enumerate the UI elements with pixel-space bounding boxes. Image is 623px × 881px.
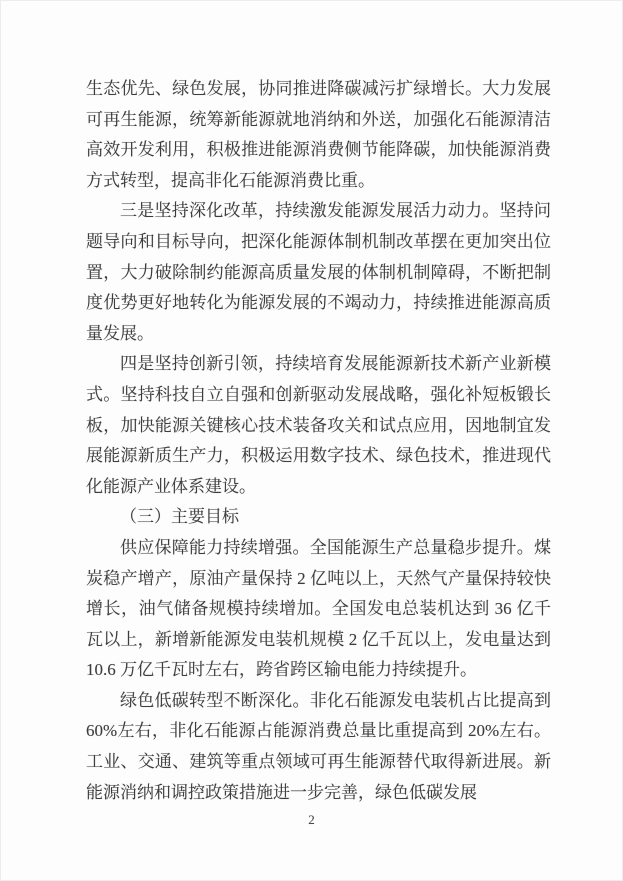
document-body: 生态优先、绿色发展，协同推进降碳减污扩绿增长。大力发展可再生能源，统筹新能源就地…: [86, 74, 551, 808]
document-page: 生态优先、绿色发展，协同推进降碳减污扩绿增长。大力发展可再生能源，统筹新能源就地…: [0, 0, 623, 881]
page-number: 2: [0, 812, 623, 828]
paragraph: 供应保障能力持续增强。全国能源生产总量稳步提升。煤炭稳产增产，原油产量保持 2 …: [86, 533, 551, 686]
paragraph: 四是坚持创新引领，持续培育发展能源新技术新产业新模式。坚持科技自立自强和创新驱动…: [86, 349, 551, 502]
paragraph: 三是坚持深化改革，持续激发能源发展活力动力。坚持问题导向和目标导向，把深化能源体…: [86, 196, 551, 349]
section-heading: （三）主要目标: [86, 502, 551, 533]
paragraph: 绿色低碳转型不断深化。非化石能源发电装机占比提高到 60%左右，非化石能源占能源…: [86, 686, 551, 808]
paragraph: 生态优先、绿色发展，协同推进降碳减污扩绿增长。大力发展可再生能源，统筹新能源就地…: [86, 74, 551, 196]
